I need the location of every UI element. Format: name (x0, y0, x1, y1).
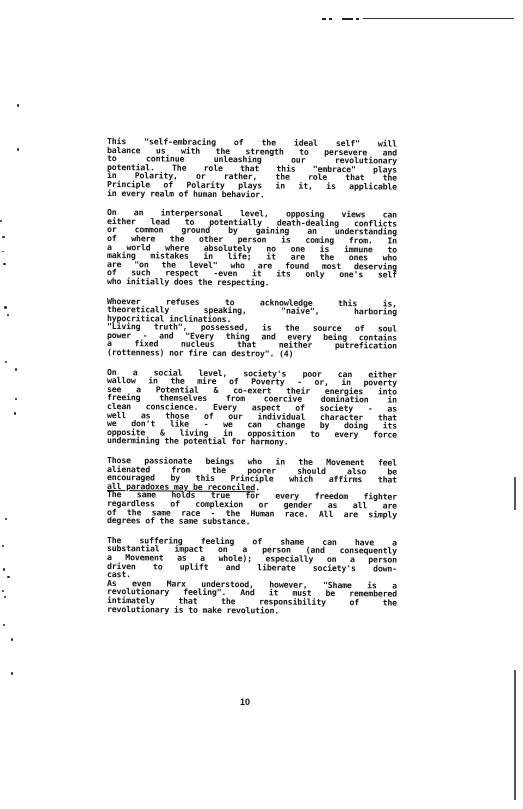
margin-speck (3, 263, 6, 265)
top-scan-rule (322, 18, 514, 20)
edge-scan-line (514, 670, 516, 800)
paragraph: On an interpersonal level, opposing view… (107, 208, 397, 285)
scan-dash (356, 18, 359, 20)
paragraph: Those passionate beings who in the Movem… (107, 456, 397, 525)
text-line: undermining the potential for harmony. (107, 436, 397, 447)
text-line: in every realm of human behavior. (107, 189, 397, 200)
document-body: This "self-embracing of the ideal self" … (107, 137, 397, 624)
text-line: degrees of the same substance. (107, 516, 397, 527)
margin-speck (11, 638, 13, 641)
margin-speck (15, 398, 17, 400)
margin-speck (17, 148, 19, 151)
margin-speck (2, 590, 4, 592)
scan-line (363, 18, 514, 19)
margin-speck (7, 576, 10, 578)
margin-speck (5, 361, 7, 363)
margin-speck (15, 368, 17, 371)
margin-speck (11, 672, 13, 675)
scan-dash (342, 18, 353, 20)
scan-dash (322, 18, 326, 20)
margin-speck (4, 596, 6, 598)
text-line: who initially does the respecting. (107, 277, 397, 288)
paragraph: This "self-embracing of the ideal self" … (107, 137, 397, 197)
text-line: (rottenness) nor fire can destroy". (4) (107, 348, 397, 359)
margin-speck (0, 220, 2, 222)
margin-speck (3, 568, 5, 571)
paragraph: The suffering feeling of shame can have … (107, 536, 397, 613)
margin-speck (3, 624, 5, 626)
margin-speck (7, 314, 9, 316)
margin-speck (17, 104, 19, 107)
page-number: 10 (240, 697, 250, 707)
margin-speck (4, 306, 7, 309)
margin-speck (2, 236, 5, 238)
scanned-page: This "self-embracing of the ideal self" … (0, 0, 523, 809)
margin-speck (2, 545, 4, 547)
edge-scan-line (514, 477, 516, 510)
paragraph: On a social level, society's poor can ei… (107, 368, 397, 445)
scan-dash (329, 18, 332, 20)
margin-speck (2, 251, 4, 252)
paragraph: Whoever refuses to acknowledge this is,t… (107, 297, 397, 357)
margin-speck (14, 412, 16, 415)
margin-speck (5, 518, 7, 520)
text-line: revolutionary is to make revolution. (107, 605, 397, 616)
